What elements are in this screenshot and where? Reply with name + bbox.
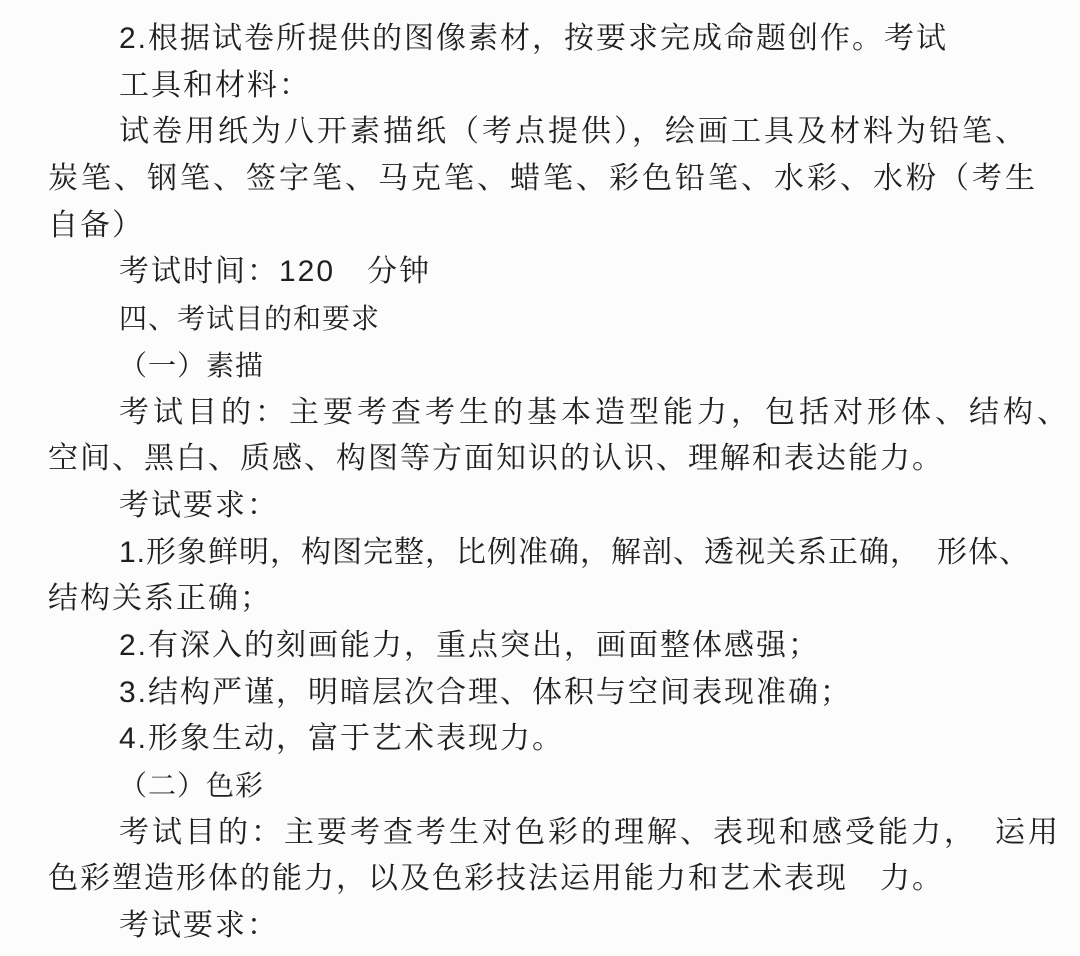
document-page: 2.根据试卷所提供的图像素材，按要求完成命题创作。考试 工具和材料： 试卷用纸为… bbox=[0, 0, 1080, 956]
text-line: 考试要求： bbox=[48, 483, 1074, 530]
section-heading: 四、考试目的和要求 bbox=[48, 296, 1074, 343]
text-line: 空间、黑白、质感、构图等方面知识的认识、理解和表达能力。 bbox=[48, 436, 1074, 483]
text-line: 2.有深入的刻画能力，重点突出，画面整体感强； bbox=[48, 623, 1074, 670]
text-line: 考试目的：主要考查考生的基本造型能力，包括对形体、结构、 bbox=[48, 390, 1074, 437]
text-line: 2.根据试卷所提供的图像素材，按要求完成命题创作。考试 bbox=[48, 16, 1074, 63]
text-line: 工具和材料： bbox=[48, 63, 1074, 110]
text-line: 色彩塑造形体的能力，以及色彩技法运用能力和艺术表现 力。 bbox=[48, 856, 1074, 903]
subsection-heading: （一）素描 bbox=[48, 343, 1074, 390]
text-line: 自备） bbox=[48, 203, 1074, 250]
text-line: 1.形象鲜明，构图完整，比例准确，解剖、透视关系正确， 形体、 bbox=[48, 530, 1074, 577]
text-line: 4.形象生动，富于艺术表现力。 bbox=[48, 716, 1074, 763]
text-line: 试卷用纸为八开素描纸（考点提供），绘画工具及材料为铅笔、 bbox=[48, 109, 1074, 156]
text-line: 结构关系正确； bbox=[48, 576, 1074, 623]
text-line: 考试目的：主要考查考生对色彩的理解、表现和感受能力， 运用 bbox=[48, 810, 1074, 857]
text-line: 3.结构严谨，明暗层次合理、体积与空间表现准确； bbox=[48, 670, 1074, 717]
text-line: 考试要求： bbox=[48, 903, 1074, 950]
text-line: 考试时间：120 分钟 bbox=[48, 249, 1074, 296]
subsection-heading: （二）色彩 bbox=[48, 763, 1074, 810]
text-line: 炭笔、钢笔、签字笔、马克笔、蜡笔、彩色铅笔、水彩、水粉（考生 bbox=[48, 156, 1074, 203]
